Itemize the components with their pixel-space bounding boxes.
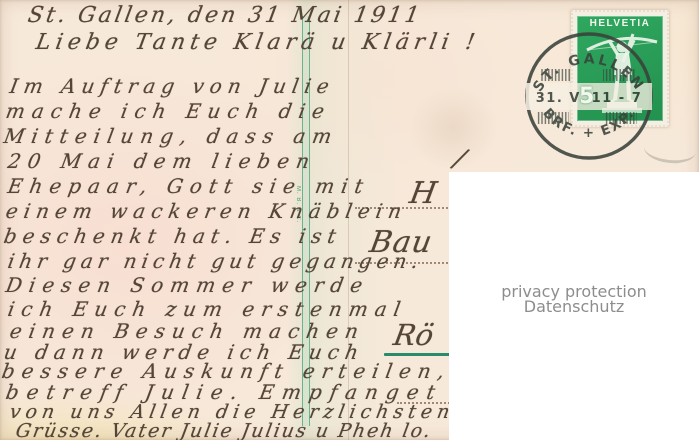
message-line: Diesen Sommer werde xyxy=(4,273,371,297)
message-line: mache ich Euch die xyxy=(4,99,333,123)
privacy-overlay-line2: Datenschutz xyxy=(449,299,699,314)
address-fragment-initial: H xyxy=(407,176,439,211)
message-line: ich Euch zum erstenmal xyxy=(6,297,409,321)
message-line: Ehepaar, Gott sie mit xyxy=(6,174,372,198)
message-line: Im Auftrag von Julie xyxy=(8,74,337,98)
message-line: ihr gar nicht gut gegangen. xyxy=(6,249,425,273)
salutation: Liebe Tante Klarä u Klärli ! xyxy=(34,30,482,55)
paper-stain xyxy=(408,86,498,170)
address-fragment-line2: Bau xyxy=(367,225,435,260)
address-fragment-line3: Rö xyxy=(391,318,436,352)
dateline: St. Gallen, den 31 Mai 1911 xyxy=(26,3,424,28)
message-line: Grüsse. Vater Julie Julius u Pheh lo. xyxy=(14,420,434,440)
postcard-scan: M. B. & C. St. Gallen, den 31 Mai 1911 L… xyxy=(0,0,699,440)
message-line: beschenkt hat. Es ist xyxy=(2,224,344,248)
message-line: einem wackeren Knäblein xyxy=(4,199,409,223)
privacy-overlay: privacy protection Datenschutz xyxy=(449,172,699,440)
message-line: 20 Mai dem lieben xyxy=(6,149,318,173)
message-line: Mitteilung, dass am xyxy=(2,124,341,148)
postmark-office: BRF. + EXP. xyxy=(540,105,639,141)
svg-text:BRF. + EXP.: BRF. + EXP. xyxy=(540,105,639,141)
stamp-value: 5 xyxy=(579,84,594,109)
green-underline xyxy=(384,353,459,356)
